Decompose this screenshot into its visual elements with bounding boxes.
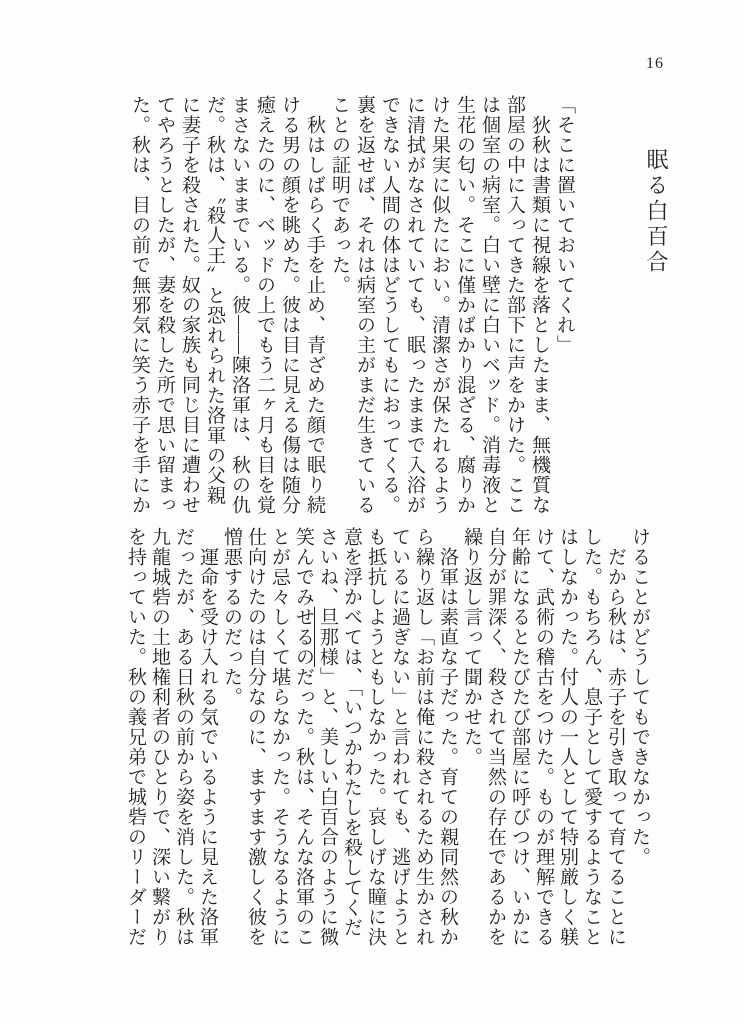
- paragraph-continuation: けることがどうしてもできなかった。: [627, 527, 651, 948]
- paragraph-text: 洛軍は素直な子だった。育ての親同然の秋から繰り返し「お前は俺に殺されるため生かさ…: [317, 527, 458, 947]
- paragraph-disappearance: 運命を受け入れる気でいるように見えた洛軍だったが、ある日秋の前から姿を消した。秋…: [123, 527, 219, 948]
- paragraph-obedient-child: 洛軍は素直な子だった。育ての親同然の秋から繰り返し「お前は俺に殺されるため生かさ…: [219, 527, 459, 948]
- book-page: 16 眠る白百合 「そこに置いておいてくれ」 狄秋は書類に視線を落としたまま、無…: [0, 0, 744, 1024]
- page-number: 16: [646, 55, 664, 73]
- paragraph-sleeping-man: 秋はしばらく手を止め、青ざめた顔で眠り続ける男の顔を眺めた。彼は目に見える傷は随…: [127, 95, 327, 516]
- paragraph-hospital-room: 狄秋は書類に視線を落としたまま、無機質な部屋の中に入ってきた部下に声をかけた。こ…: [327, 95, 552, 516]
- chapter-title: 眠る白百合: [642, 95, 670, 516]
- upper-text-block: 眠る白百合 「そこに置いておいてくれ」 狄秋は書類に視線を落としたまま、無機質な…: [127, 95, 670, 516]
- paragraph-raising-child: だから秋は、赤子を引き取って育てることにした。もちろん、息子として愛するようなこ…: [459, 527, 627, 948]
- emphasized-text: 旦那様: [317, 607, 338, 667]
- paragraph-dialogue-open: 「そこに置いておいてくれ」: [552, 95, 577, 516]
- lower-text-block: けることがどうしてもできなかった。 だから秋は、赤子を引き取って育てることにした…: [123, 527, 651, 948]
